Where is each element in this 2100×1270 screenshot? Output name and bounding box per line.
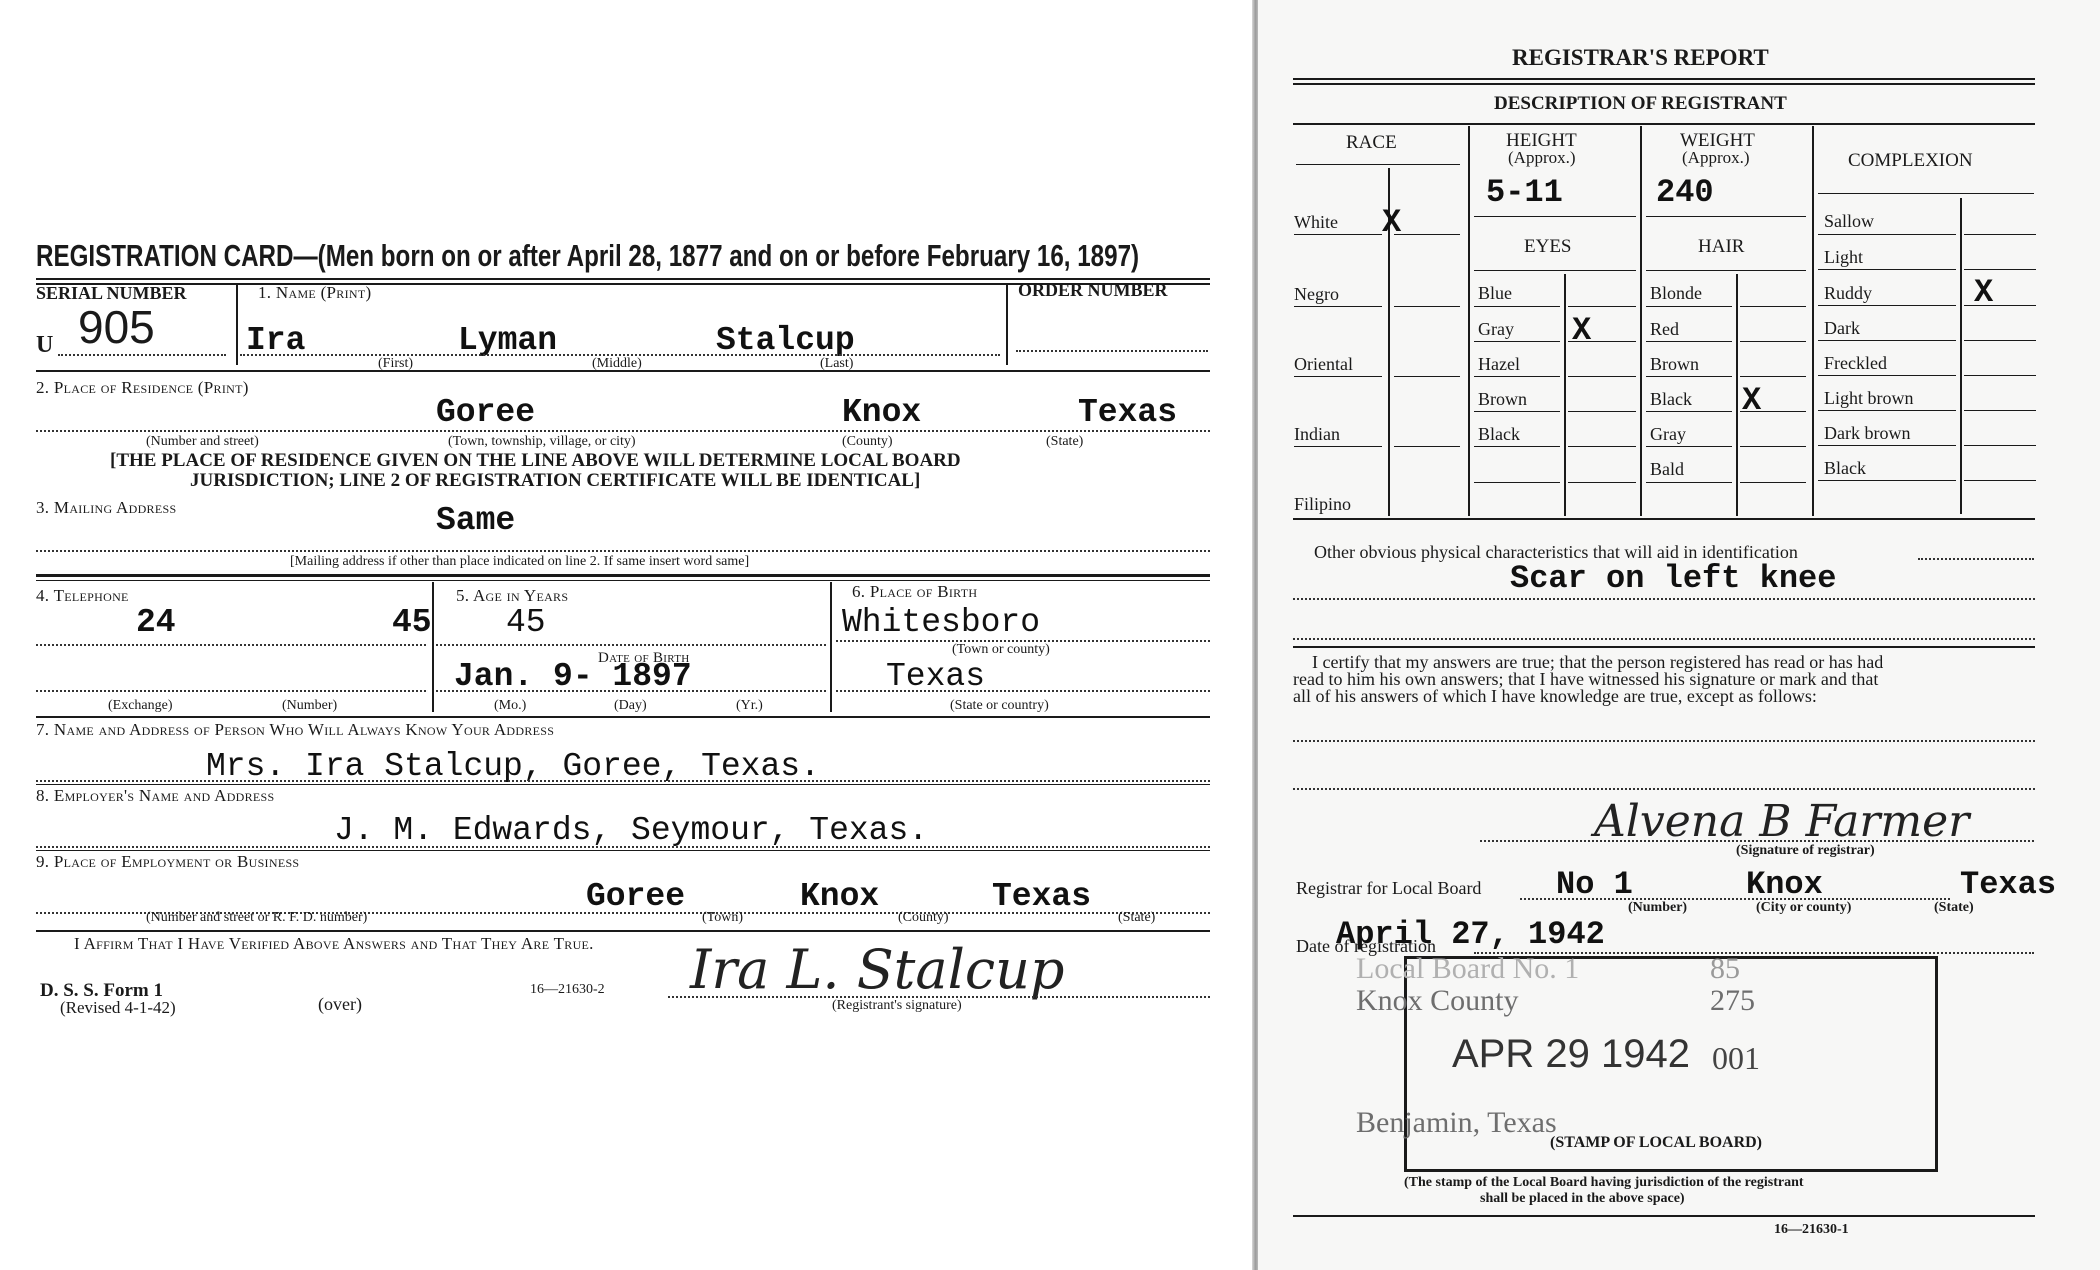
complexion-sallow: Sallow [1824,211,1874,232]
number-caption: (Number) [282,698,337,714]
report-bottom-rule [1293,1215,2035,1217]
weight-sub: (Approx.) [1682,148,1750,168]
order-divider [1006,285,1008,365]
race-white-rule [1294,234,1382,235]
birthplace-line-2 [836,690,1210,692]
hair-header-rule [1646,270,1806,271]
stamp-caption: (STAMP OF LOCAL BOARD) [1550,1134,1762,1152]
complexion-dark-brown: Dark brown [1824,423,1910,444]
employment-county: Knox [800,878,879,915]
complexion-light-brown: Light brown [1824,388,1914,409]
complexion-ruddy-check-rule [1964,305,2036,306]
row3-rule [36,574,1210,577]
order-number-line [1016,350,1208,352]
race-indian: Indian [1294,424,1340,445]
stamp-line-1: Local Board No. 1 [1356,952,1579,986]
stamp-note-line-1: (The stamp of the Local Board having jur… [1404,1175,1804,1191]
report-title-rule-2 [1293,83,2035,85]
hair-bald-check-rule [1740,482,1806,483]
complexion-black-check-rule [1964,480,2036,481]
height-value: 5-11 [1486,174,1563,211]
name-label: 1. Name (Print) [258,283,371,303]
complexion-ruddy-rule [1818,305,1956,306]
residence-state: Texas [1078,394,1177,431]
hair-black-check[interactable]: X [1742,382,1761,419]
complexion-dark: Dark [1824,318,1860,339]
stamp-line-1-number: 85 [1710,952,1740,986]
local-board-number-caption: (Number) [1628,900,1687,916]
hair-black-rule [1646,411,1732,412]
birthplace-town-caption: (Town or county) [952,642,1050,658]
dob-month-caption: (Mo.) [494,698,526,714]
contact-person-label: 7. Name and Address of Person Who Will A… [36,720,554,740]
race-indian-check-rule [1394,446,1460,447]
eyes-brown: Brown [1478,389,1527,410]
race-header-rule [1296,164,1460,165]
employment-place-label: 9. Place of Employment or Business [36,852,299,872]
description-table-bottom-rule [1293,518,2035,520]
hair-brown: Brown [1650,354,1699,375]
stamp-note-line-2: shall be placed in the above space) [1480,1191,1685,1207]
order-number-label: ORDER NUMBER [1018,280,1168,301]
dob-day-caption: (Day) [614,698,647,714]
employment-caption-county: (County) [898,910,949,926]
race-negro-check-rule [1394,306,1460,307]
row9-rule [36,930,1210,932]
card-title: REGISTRATION CARD—(Men born on or after … [36,238,1139,274]
employer-value: J. M. Edwards, Seymour, Texas. [334,812,928,849]
local-board-state: Texas [1960,866,2056,903]
dob-line [436,690,826,692]
mailing-label: 3. Mailing Address [36,498,176,518]
telephone-line-1 [36,644,426,646]
birthplace-town: Whitesboro [842,604,1040,641]
eyes-black: Black [1478,424,1520,445]
eyes-check-divider [1564,274,1566,516]
row1-rule [36,370,1210,372]
employer-line [36,846,1210,848]
residence-caption-street: (Number and street) [146,434,259,450]
report-title: REGISTRAR'S REPORT [1512,45,1769,71]
race-negro: Negro [1294,284,1339,305]
mailing-line [36,550,1210,552]
residence-town: Goree [436,394,535,431]
report-title-rule [1293,78,2035,80]
other-characteristics-value: Scar on left knee [1510,560,1836,597]
eyes-gray: Gray [1478,319,1514,340]
race-white: White [1294,212,1338,233]
eyes-hazel-check-rule [1568,376,1636,377]
eyes-header-rule [1474,270,1636,271]
registrant-signature: Ira L. Stalcup [690,938,1064,1001]
complexion-freckled: Freckled [1824,353,1887,374]
hair-brown-check-rule [1740,376,1806,377]
hair-red: Red [1650,319,1679,340]
other-characteristics-line-2 [1293,638,2035,640]
signature-caption: (Registrant's signature) [832,998,962,1014]
eyes-blank-rule [1474,482,1560,483]
race-filipino: Filipino [1294,494,1351,515]
row6-rule [36,716,1210,718]
form-revised: (Revised 4-1-42) [60,998,176,1018]
complexion-light: Light [1824,247,1863,268]
stamp-date-number: 001 [1712,1040,1760,1077]
registration-date-value: April 27, 1942 [1336,916,1605,953]
race-white-check-rule [1394,234,1460,235]
other-characteristics-rule [1293,646,2035,648]
race-white-check[interactable]: X [1382,204,1401,241]
hair-bald: Bald [1650,459,1684,480]
employment-state: Texas [992,878,1091,915]
complexion-sallow-rule [1818,234,1956,235]
birthplace-label: 6. Place of Birth [852,582,977,602]
col-divider-height [1640,126,1642,516]
phone-age-divider [432,582,434,712]
race-oriental: Oriental [1294,354,1353,375]
hair-black: Black [1650,389,1692,410]
eyes-hazel-rule [1474,376,1560,377]
row3-rule-2 [36,580,1210,581]
affirmation-text: I Affirm That I Have Verified Above Answ… [74,934,594,954]
residence-label: 2. Place of Residence (Print) [36,378,249,398]
race-header: RACE [1346,132,1397,154]
local-board-city-caption: (City or county) [1756,900,1851,916]
mailing-caption: [Mailing address if other than place ind… [290,554,749,570]
height-rule [1474,216,1636,217]
residence-caption-county: (County) [842,434,893,450]
eyes-brown-rule [1474,411,1560,412]
eyes-gray-check[interactable]: X [1572,312,1591,349]
complexion-dark-brown-check-rule [1964,445,2036,446]
print-code-front: 16—21630-2 [530,982,605,998]
contact-line [36,780,1210,782]
serial-line [58,354,226,356]
serial-prefix: U [36,332,53,359]
serial-divider [236,285,238,365]
registration-card-front: REGISTRATION CARD—(Men born on or after … [0,0,1252,1270]
complexion-ruddy: Ruddy [1824,283,1872,304]
hair-gray: Gray [1650,424,1686,445]
complexion-black: Black [1824,458,1866,479]
hair-blonde-check-rule [1740,306,1806,307]
certification-line-3: all of his answers of which I have knowl… [1293,686,1817,707]
stamp-date: APR 29 1942 [1452,1032,1690,1077]
eyes-header: EYES [1524,236,1572,258]
row8-rule [36,850,1210,851]
employer-label: 8. Employer's Name and Address [36,786,275,806]
hair-blonde-rule [1646,306,1732,307]
telephone-number: 45 [392,604,432,641]
complexion-freckled-check-rule [1964,375,2036,376]
complexion-black-rule [1818,480,1956,481]
complexion-freckled-rule [1818,375,1956,376]
employment-town: Goree [586,878,685,915]
hair-header: HAIR [1698,236,1744,258]
complexion-dark-brown-rule [1818,445,1956,446]
complexion-dark-rule [1818,340,1956,341]
telephone-label: 4. Telephone [36,586,129,606]
exchange-caption: (Exchange) [108,698,173,714]
local-board-line [1520,898,1950,900]
stamp-line-2: Knox County [1356,984,1519,1018]
residence-line [36,430,1210,432]
race-oriental-rule [1294,376,1382,377]
age-birth-divider [830,582,832,712]
hair-red-rule [1646,341,1732,342]
local-board-state-caption: (State) [1934,900,1974,916]
hair-brown-rule [1646,376,1732,377]
hair-gray-rule [1646,446,1732,447]
col-divider-race [1468,126,1470,516]
complexion-header: COMPLEXION [1848,150,1973,172]
complexion-light-brown-check-rule [1964,410,2036,411]
weight-value: 240 [1656,174,1714,211]
col-divider-weight [1812,126,1814,516]
height-sub: (Approx.) [1508,148,1576,168]
residence-notice-1: [THE PLACE OF RESIDENCE GIVEN ON THE LIN… [110,450,961,472]
eyes-blue-check-rule [1568,306,1636,307]
stamp-line-2-number: 275 [1710,984,1755,1018]
eyes-blue-rule [1474,306,1560,307]
other-characteristics-label-line [1918,558,2034,560]
age-line [436,644,826,646]
eyes-blue: Blue [1478,283,1512,304]
residence-notice-2: JURISDICTION; LINE 2 OF REGISTRATION CER… [190,470,920,492]
race-oriental-check-rule [1394,376,1460,377]
employment-caption-state: (State) [1118,910,1155,926]
eyes-blank-check-rule [1568,482,1636,483]
residence-caption-state: (State) [1046,434,1083,450]
stamp-city: Benjamin, Texas [1356,1106,1557,1140]
mailing-value: Same [436,502,515,539]
other-characteristics-line-1 [1293,598,2035,600]
row7-rule [36,784,1210,785]
hair-black-check-rule [1740,411,1806,412]
eyes-black-check-rule [1568,446,1636,447]
eyes-gray-check-rule [1568,341,1636,342]
age-value: 45 [506,604,546,641]
description-subtitle: DESCRIPTION OF REGISTRANT [1494,93,1787,115]
description-rule [1293,123,2035,125]
weight-rule [1646,216,1806,217]
local-board-label: Registrar for Local Board [1296,878,1481,899]
over-note: (over) [318,994,362,1015]
complexion-sallow-check-rule [1964,234,2036,235]
hair-gray-check-rule [1740,446,1806,447]
hair-red-check-rule [1740,341,1806,342]
complexion-dark-check-rule [1964,340,2036,341]
serial-number-value: 905 [78,300,155,354]
telephone-line-2 [36,690,426,692]
dob-year-caption: (Yr.) [736,698,763,714]
race-negro-rule [1294,306,1382,307]
employment-caption-town: (Town) [702,910,743,926]
residence-caption-town: (Town, township, village, or city) [448,434,636,450]
eyes-brown-check-rule [1568,411,1636,412]
exceptions-line-1 [1293,740,2035,742]
employment-caption-street: (Number and street or R. F. D. number) [146,910,367,926]
registrar-signature-line [1480,840,2034,842]
telephone-exchange: 24 [136,604,176,641]
complexion-header-rule [1818,193,2034,194]
hair-bald-rule [1646,482,1732,483]
print-code-back: 16—21630-1 [1774,1222,1849,1238]
eyes-black-rule [1474,446,1560,447]
race-indian-rule [1294,446,1382,447]
residence-county: Knox [842,394,921,431]
eyes-hazel: Hazel [1478,354,1520,375]
registrar-signature-caption: (Signature of registrar) [1736,843,1875,859]
hair-blonde: Blonde [1650,283,1702,304]
birthplace-state-caption: (State or country) [950,698,1049,714]
complexion-light-check-rule [1964,269,2036,270]
eyes-gray-rule [1474,341,1560,342]
complexion-light-brown-rule [1818,410,1956,411]
complexion-light-rule [1818,269,1956,270]
exceptions-line-2 [1293,788,2035,790]
age-label: 5. Age in Years [456,586,568,606]
complexion-check-divider [1960,198,1962,514]
hair-check-divider [1736,274,1738,516]
